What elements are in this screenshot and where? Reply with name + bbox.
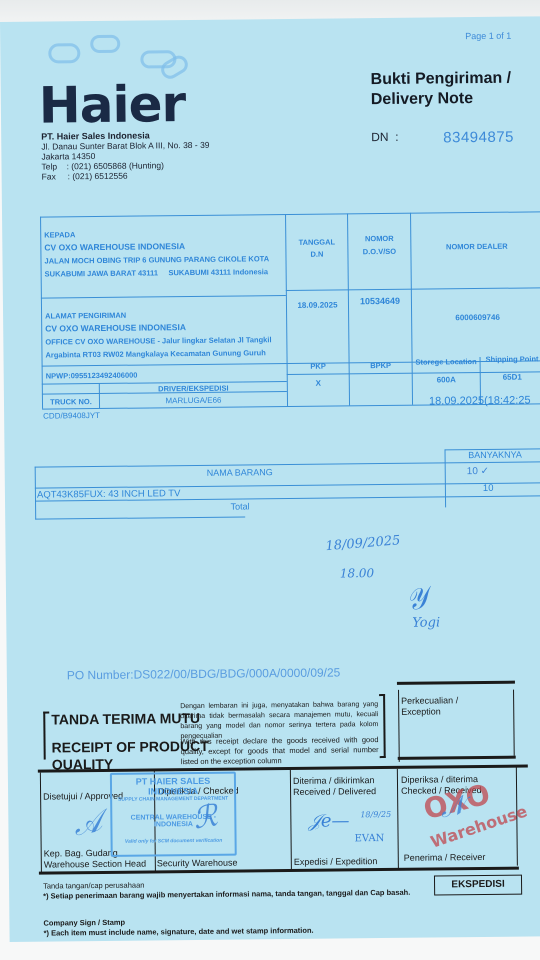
haier-logo: Haier bbox=[39, 75, 186, 135]
handwritten-date: 18/09/2025 bbox=[325, 533, 401, 554]
dn-number: 83494875 bbox=[443, 129, 514, 147]
header-tanggal-l1: TANGGAL bbox=[286, 236, 347, 249]
npwp: NPWP:0955123492406000 bbox=[46, 369, 138, 383]
total-label: Total bbox=[35, 499, 445, 513]
value-driver: MARLUGA/E66 bbox=[100, 395, 287, 406]
value-pkp: X bbox=[288, 378, 349, 388]
item-qty: 10 bbox=[483, 483, 494, 494]
checked-signature: ℛ bbox=[191, 798, 220, 836]
sig-delivered-label: Diterima / dikirimkan Received / Deliver… bbox=[293, 775, 376, 798]
item-name: AQT43K85FUX: 43 INCH LED TV bbox=[37, 488, 181, 501]
handwritten-signature: 𝒴 bbox=[402, 580, 432, 619]
footer-id: Tanda tangan/cap perusahaan *) Setiap pe… bbox=[43, 878, 410, 902]
stamp-line-4: Valid only for SCM document verification bbox=[113, 838, 235, 845]
delivery-note-paper: Page 1 of 1 Haier PT. Haier Sales Indone… bbox=[0, 16, 540, 942]
po-number: PO Number:DS022/00/BDG/BDG/000A/0000/09/… bbox=[67, 665, 341, 682]
expedition-signature: 𝒥e— bbox=[308, 810, 349, 831]
header-nomor-l2: D.O.V/SO bbox=[348, 245, 410, 259]
expedition-handwritten-name: EVAN bbox=[355, 833, 385, 844]
header-tanggal-l2: D.N bbox=[286, 248, 347, 261]
header-tanggal: TANGGAL D.N bbox=[286, 236, 347, 261]
header-pkp: PKP bbox=[288, 361, 349, 371]
header-truck-no: TRUCK NO. bbox=[43, 397, 99, 407]
document-title: Bukti Pengiriman / Delivery Note bbox=[371, 69, 512, 110]
sig-expedition-role: Expedisi / Expedition bbox=[294, 856, 378, 868]
header-storage-location: Storege Location bbox=[413, 357, 480, 367]
value-tanggal: 18.09.2025 bbox=[287, 300, 348, 310]
sig-receiver-role: Penerima / Receiver bbox=[404, 852, 486, 864]
value-truck-no: CDD/B9408JYT bbox=[43, 411, 99, 421]
exception-label-l2: Exception bbox=[401, 706, 458, 718]
receipt-text-en: With this receipt declare the goods rece… bbox=[180, 735, 378, 767]
exception-label-l1: Perkecualian / bbox=[401, 695, 458, 707]
copy-label-ekspedisi: EKSPEDISI bbox=[434, 875, 522, 896]
shipping-block: ALAMAT PENGIRIMAN CV OXO WAREHOUSE INDON… bbox=[45, 307, 291, 362]
header-nomor: NOMOR D.O.V/SO bbox=[348, 232, 410, 259]
value-shipping-point: 65D1 bbox=[481, 372, 540, 382]
ink-smudge bbox=[90, 35, 120, 53]
sig-delivered-label-l1: Diterima / dikirimkan bbox=[293, 775, 376, 787]
company-fax: Fax : (021) 6512556 bbox=[42, 170, 210, 182]
sig-approved-role-l2: Warehouse Section Head bbox=[44, 859, 146, 871]
receipt-title-id: TANDA TERIMA MUTU bbox=[51, 710, 200, 729]
page-indicator: Page 1 of 1 bbox=[465, 31, 511, 41]
header-nomor-dealer: NOMOR DEALER bbox=[411, 241, 540, 251]
footer-en: Company Sign / Stamp *) Each item must i… bbox=[43, 916, 313, 939]
exception-label: Perkecualian / Exception bbox=[401, 695, 458, 718]
sig-delivered-label-l2: Received / Delivered bbox=[293, 786, 376, 798]
handwritten-time: 18.00 bbox=[340, 566, 375, 580]
handwritten-signer-name: Yogi bbox=[412, 615, 440, 630]
header-banyaknya: BANYAKNYA bbox=[446, 449, 540, 460]
ink-smudge bbox=[48, 43, 80, 63]
recipient-block: KEPADA CV OXO WAREHOUSE INDONESIA JALAN … bbox=[44, 226, 285, 281]
title-line-1: Bukti Pengiriman / bbox=[371, 69, 512, 90]
value-bpkp bbox=[350, 378, 412, 379]
company-info: PT. Haier Sales Indonesia Jl. Danau Sunt… bbox=[41, 130, 210, 182]
header-bpkp: BPKP bbox=[350, 361, 412, 371]
qty-checkmark: 10 ✓ bbox=[467, 466, 489, 477]
stamp-line-2: SUPPLY CHAIN MANAGEMENT DEPARTMENT bbox=[112, 796, 234, 803]
recipient-address-2: SUKABUMI JAWA BARAT 43111 SUKABUMI 43111… bbox=[45, 265, 285, 281]
stamp-line-1: PT HAIER SALES INDONESIA bbox=[112, 776, 234, 797]
footer-en-l2: *) Each item must include name, signatur… bbox=[43, 926, 313, 939]
header-driver: DRIVER/EKSPEDISI bbox=[100, 383, 287, 394]
print-timestamp: 18.09.2025(18:42:25 bbox=[429, 394, 531, 407]
haier-warehouse-stamp: PT HAIER SALES INDONESIA SUPPLY CHAIN MA… bbox=[110, 772, 237, 857]
title-line-2: Delivery Note bbox=[371, 89, 512, 110]
header-nama-barang: NAMA BARANG bbox=[35, 465, 445, 479]
approved-signature: 𝒜 bbox=[70, 804, 104, 844]
value-nomor-dealer: 6000609746 bbox=[412, 312, 540, 322]
value-storage-location: 600A bbox=[413, 375, 480, 385]
value-nomor-do: 10534649 bbox=[349, 296, 411, 307]
receiver-signature: 𝒩 bbox=[438, 790, 468, 825]
shipping-address-2: Argabinta RT03 RW02 Mangkalaya Kecamatan… bbox=[45, 346, 290, 362]
sig-checked-role: Security Warehouse bbox=[157, 858, 238, 870]
dn-label: DN : bbox=[371, 130, 398, 144]
header-shipping-point: Shipping Point bbox=[481, 354, 540, 364]
company-address-1: Jl. Danau Sunter Barat Blok A III, No. 3… bbox=[41, 140, 209, 152]
header-nomor-l1: NOMOR bbox=[348, 232, 410, 246]
expedition-handwritten-date: 18/9/25 bbox=[360, 810, 391, 819]
